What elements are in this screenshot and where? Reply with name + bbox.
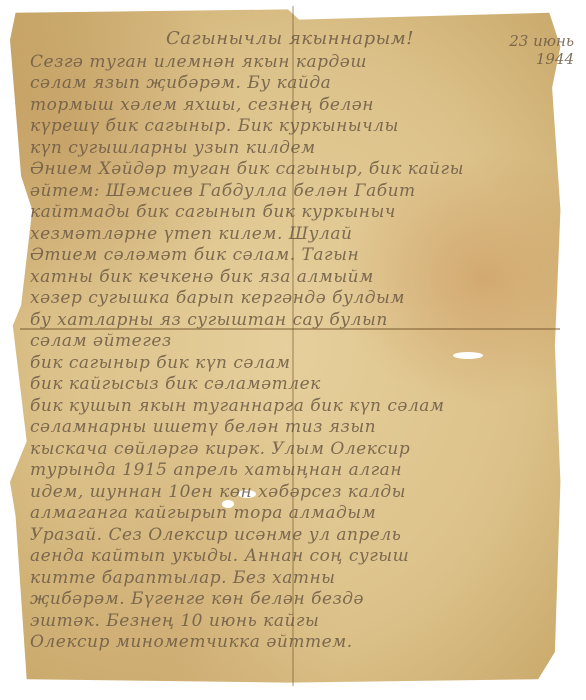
letter-line: Сезгә туган илемнән якын кардәш [30,52,550,74]
letter-line: хезмәтләрне үтеп килем. Шулай [30,224,550,246]
letter-line: тормыш хәлем яхшы, сезнең белән [30,95,550,117]
letter-line: бик кайгысыз бик сәламәтлек [30,374,550,396]
letter-line: китте бараптылар. Без хатны [30,568,550,590]
letter-line: кайтмады бик сагынып бик куркыныч [30,202,550,224]
letter-line: бу хатларны яз сугыштан сау булып [30,310,550,332]
letter-line: Әнием Хәйдәр туган бик сагыныр, бик кайг… [30,159,550,181]
letter-line: хәзер сугышка барып кергәндә булдым [30,288,550,310]
letter-line: бик сагыныр бик күп сәлам [30,353,550,375]
letter-line: сәламнарны ишетү белән тиз язып [30,417,550,439]
letter-line: идем, шуннан 10ен көн хәбәрсез калды [30,482,550,504]
letter-line: җибәрәм. Бүгенге көн белән бездә [30,589,550,611]
letter-body: Сагынычлы якыннарым! Сезгә туган илемнән… [30,28,550,654]
letter-lines: Сезгә туган илемнән якын кардәшсәлам язы… [30,52,550,654]
letter-line: бик кушып якын туганнарга бик күп сәлам [30,396,550,418]
letter-line: күп сугышларны узып килдем [30,138,550,160]
letter-greeting: Сагынычлы якыннарым! [30,28,550,50]
letter-line: аенда кайтып укыды. Аннан соң сугыш [30,546,550,568]
letter-line: турында 1915 апрель хатыңнан алган [30,460,550,482]
letter-line: Олексир минометчикка әйттем. [30,632,550,654]
letter-line: кыскача сөйләргә кирәк. Улым Олексир [30,439,550,461]
letter-line: алмаганга кайгырып тора алмадым [30,503,550,525]
letter-line: эштәк. Безнең 10 июнь кайгы [30,611,550,633]
letter-line: хатны бик кечкенә бик яза алмыйм [30,267,550,289]
letter-line: сәлам әйтегез [30,331,550,353]
letter-line: Уразай. Сез Олексир исәнме ул апрель [30,525,550,547]
letter-line: сәлам язып җибәрәм. Бу кайда [30,73,550,95]
letter-line: әйтем: Шәмсиев Габдулла белән Габит [30,181,550,203]
letter-line: күрешү бик сагыныр. Бик куркынычлы [30,116,550,138]
letter-line: Әтием сәләмәт бик сәлам. Тагын [30,245,550,267]
